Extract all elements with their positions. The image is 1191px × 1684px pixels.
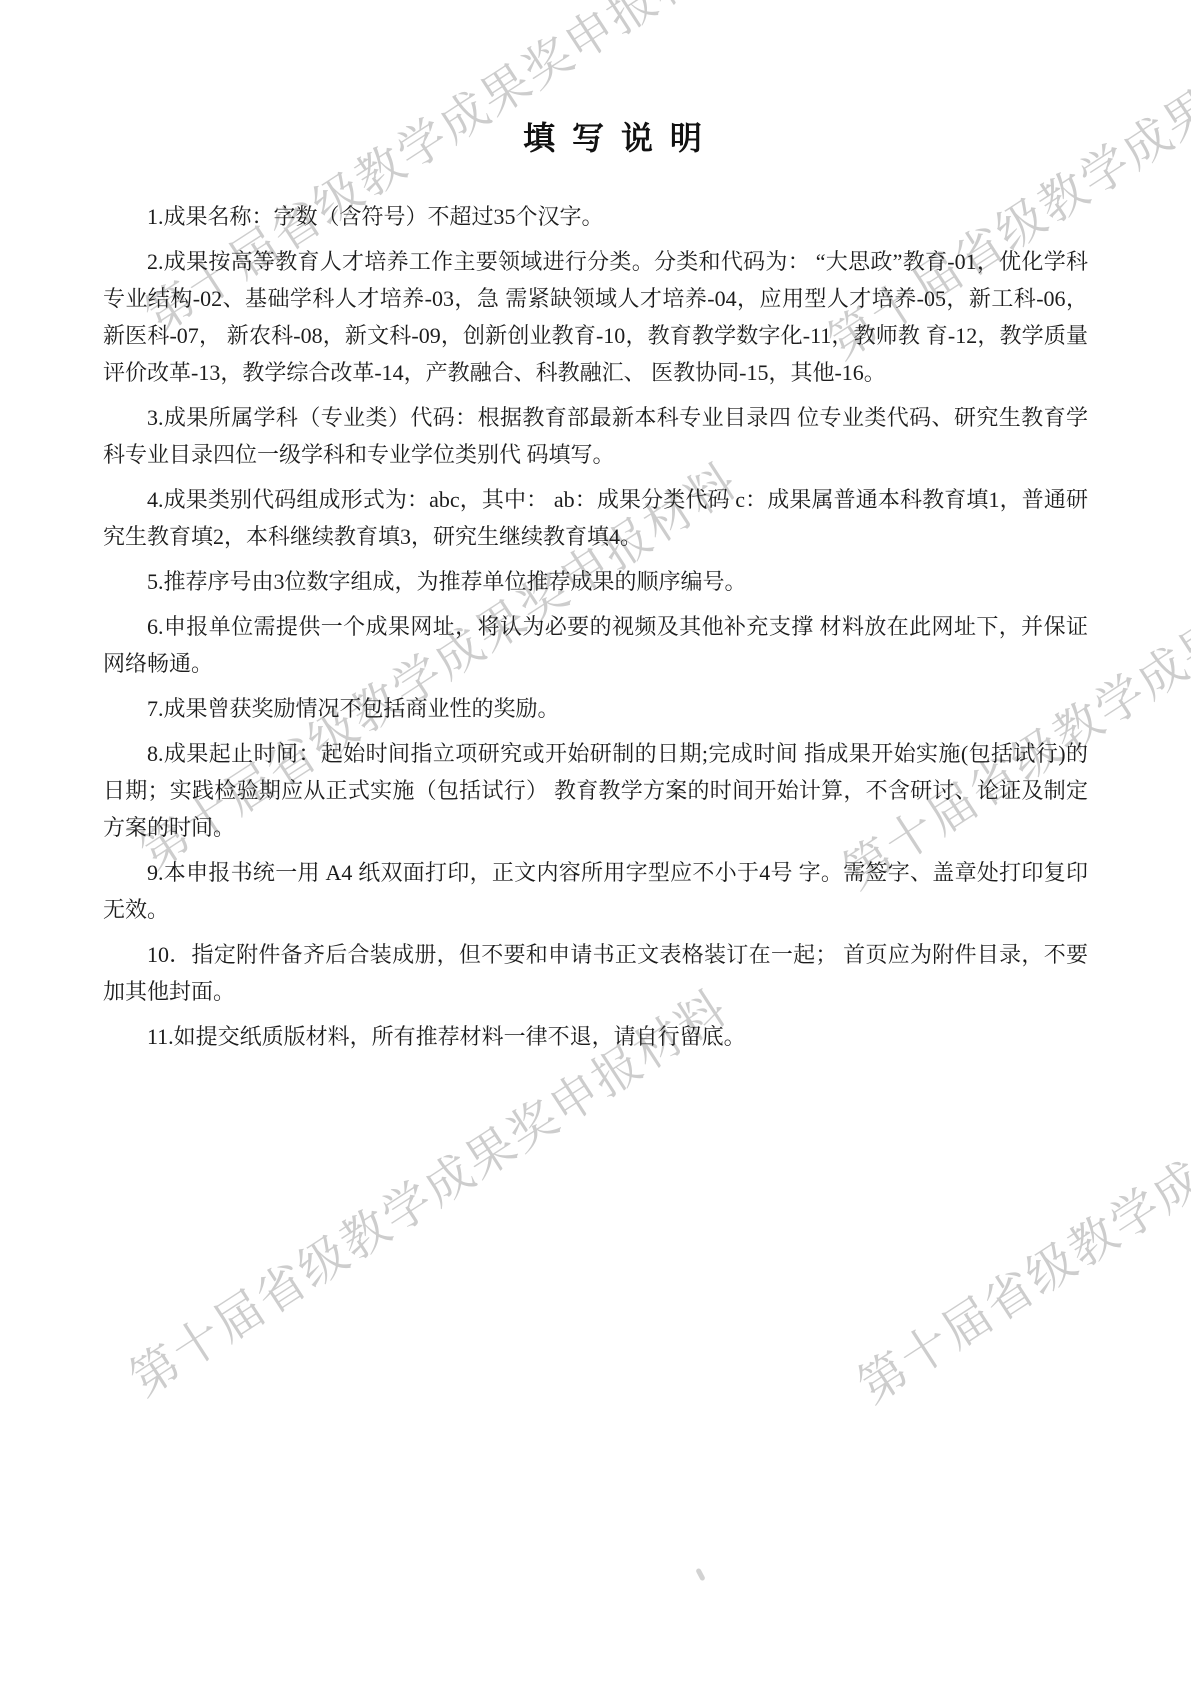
- instruction-item-7: 7.成果曾获奖励情况不包括商业性的奖励。: [103, 690, 1088, 727]
- instruction-item-8: 8.成果起止时间：起始时间指立项研究或开始研制的日期;完成时间 指成果开始实施(…: [103, 735, 1088, 846]
- instruction-item-5: 5.推荐序号由3位数字组成，为推荐单位推荐成果的顺序编号。: [103, 563, 1088, 600]
- instructions-section: 填 写 说 明 1.成果名称：字数（含符号）不超过35个汉字。 2.成果按高等教…: [103, 121, 1088, 1063]
- page-title: 填 写 说 明: [122, 121, 1107, 156]
- instruction-item-11: 11.如提交纸质版材料，所有推荐材料一律不退，请自行留底。: [103, 1018, 1088, 1055]
- instruction-item-4: 4.成果类别代码组成形式为：abc，其中： ab：成果分类代码 c：成果属普通本…: [103, 481, 1088, 555]
- document-page: 第十届省级教学成果奖申报材料 第十届省级教学成果奖申报材料 第十届省级教学成果奖…: [0, 0, 1191, 1684]
- smudge-mark: [695, 1568, 706, 1582]
- instruction-item-9: 9.本申报书统一用 A4 纸双面打印，正文内容所用字型应不小于4号 字。需签字、…: [103, 854, 1088, 928]
- instruction-item-10: 10．指定附件备齐后合装成册，但不要和申请书正文表格装订在一起； 首页应为附件目…: [103, 936, 1088, 1010]
- instruction-item-3: 3.成果所属学科（专业类）代码：根据教育部最新本科专业目录四 位专业类代码、研究…: [103, 399, 1088, 473]
- instruction-item-1: 1.成果名称：字数（含符号）不超过35个汉字。: [103, 198, 1088, 235]
- instruction-item-6: 6.申报单位需提供一个成果网址，将认为必要的视频及其他补充支撑 材料放在此网址下…: [103, 608, 1088, 682]
- instruction-item-2: 2.成果按高等教育人才培养工作主要领域进行分类。分类和代码为： “大思政”教育-…: [103, 243, 1088, 391]
